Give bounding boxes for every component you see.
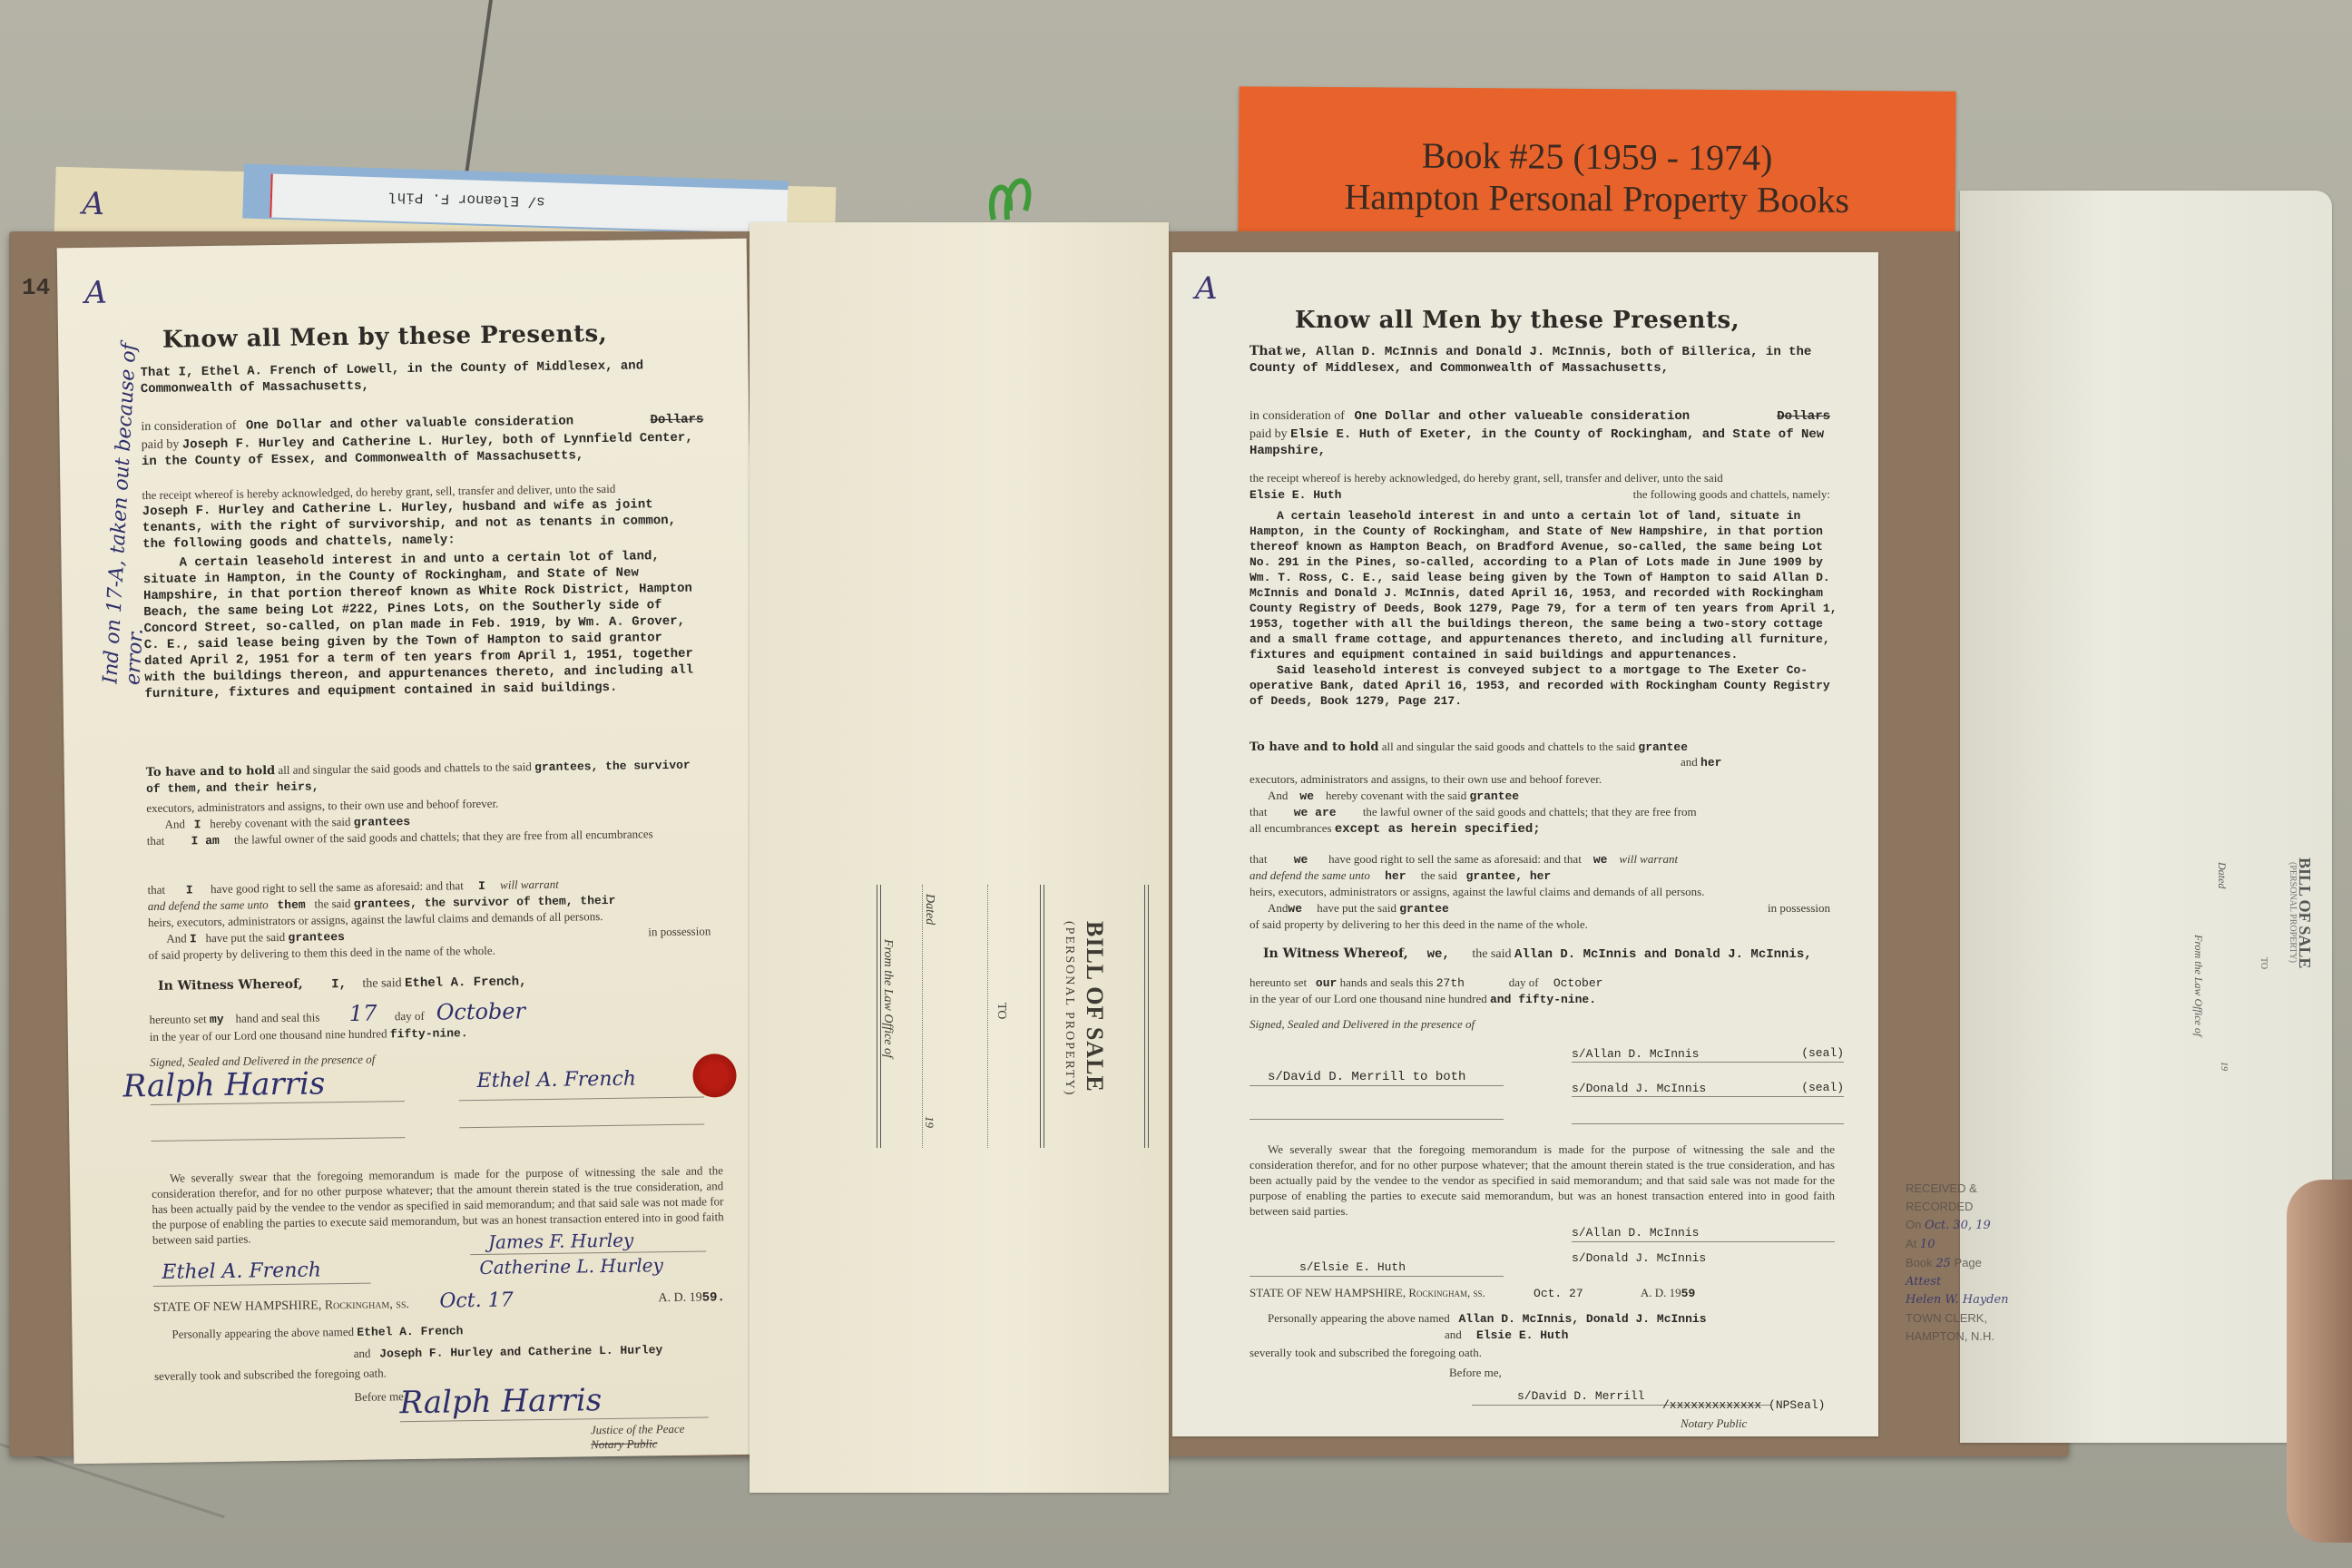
grantor-signature-1: s/Allan D. McInnis xyxy=(1572,1047,1699,1061)
deed-heading: Know all Men by these Presents, xyxy=(1263,307,1771,334)
witness-label: In Witness Whereof, xyxy=(1263,946,1408,961)
ack-date: Oct. 17 xyxy=(439,1289,514,1312)
cover-dated-label: Dated xyxy=(922,894,936,925)
hand-holding-page xyxy=(2287,1180,2352,1543)
paid-by-value: Elsie E. Huth of Exeter, in the County o… xyxy=(1249,427,1824,458)
book-label-line1: Book #25 (1959 - 1974) xyxy=(1422,134,1773,179)
paid-by-label: paid by xyxy=(142,438,180,453)
oath-signature-right1: James F. Hurley xyxy=(488,1230,634,1253)
cover-to-label: TO xyxy=(994,1003,1008,1019)
oath-signature-right2: Catherine L. Hurley xyxy=(479,1254,663,1279)
grantor-signature-2: s/Donald J. McInnis xyxy=(1572,1082,1706,1095)
grantees-text: Joseph F. Hurley and Catherine L. Hurley… xyxy=(142,495,706,553)
day-handwritten: 17 xyxy=(349,1001,377,1026)
right-bill-of-sale: A Know all Men by these Presents, That w… xyxy=(1172,252,1878,1436)
book-label-tag: Book #25 (1959 - 1974) Hampton Personal … xyxy=(1238,86,1955,250)
mortgage-clause: Said leasehold interest is conveyed subj… xyxy=(1249,662,1839,709)
grantor-signature: Ethel A. French xyxy=(476,1068,636,1093)
property-description: A certain leasehold interest in and unto… xyxy=(142,547,707,702)
deed-heading: Know all Men by these Presents, xyxy=(131,319,639,354)
officer-signature: Ralph Harris xyxy=(399,1382,602,1421)
dollars-struck: Dollars xyxy=(650,411,703,428)
check-mark-a: A xyxy=(82,186,105,223)
state-label: STATE OF NEW HAMPSHIRE, xyxy=(153,1298,322,1315)
habendum-label: To have and to hold xyxy=(146,764,276,779)
property-description: A certain leasehold interest in and unto… xyxy=(1249,508,1839,662)
witness-signature: Ralph Harris xyxy=(122,1065,325,1104)
oath-text: We severally swear that the foregoing me… xyxy=(152,1162,724,1248)
bill-of-sale-cover: BILL OF SALE (PERSONAL PROPERTY) TO Date… xyxy=(750,222,1169,1493)
grantee-name: Elsie E. Huth xyxy=(1249,488,1341,502)
book-label-line2: Hampton Personal Property Books xyxy=(1344,176,1849,221)
cover-law-office: From the Law Office of xyxy=(880,939,895,1058)
wax-seal xyxy=(692,1053,737,1098)
officer-signature: s/David D. Merrill xyxy=(1517,1388,1644,1404)
consideration-value: One Dollar and other valueable considera… xyxy=(1354,409,1690,424)
cover-subtitle: (PERSONAL PROPERTY) xyxy=(1062,921,1076,1096)
grantor-line: we, Allan D. McInnis and Donald J. McInn… xyxy=(1249,345,1811,376)
oath-signature-left: Ethel A. French xyxy=(162,1259,321,1283)
oath-signature-left: s/Elsie E. Huth xyxy=(1299,1259,1406,1275)
witness-signature: s/David D. Merrill to both xyxy=(1268,1069,1465,1085)
check-mark-a: A xyxy=(84,275,107,311)
grantor-line: That I, Ethel A. French of Lowell, in th… xyxy=(140,357,702,397)
consideration-value: One Dollar and other valuable considerat… xyxy=(246,414,573,433)
witness-label: In Witness Whereof, xyxy=(158,977,303,994)
check-mark-a: A xyxy=(1195,270,1218,307)
recording-stamp: RECEIVED & RECORDED On Oct. 30, 19 At 10… xyxy=(1906,1180,2024,1334)
cover-title: BILL OF SALE xyxy=(1081,921,1108,1093)
encumbrance-exception: except as herein specified; xyxy=(1335,822,1541,837)
paid-by-value: Joseph F. Hurley and Catherine L. Hurley… xyxy=(142,431,693,469)
consideration-label: in consideration of xyxy=(141,419,236,434)
page-number: 14 xyxy=(22,274,50,301)
month-handwritten: October xyxy=(436,998,526,1024)
left-bill-of-sale: A Ind on 17-A, taken out because of erro… xyxy=(57,239,764,1464)
oath-text: We severally swear that the foregoing me… xyxy=(1249,1142,1835,1219)
